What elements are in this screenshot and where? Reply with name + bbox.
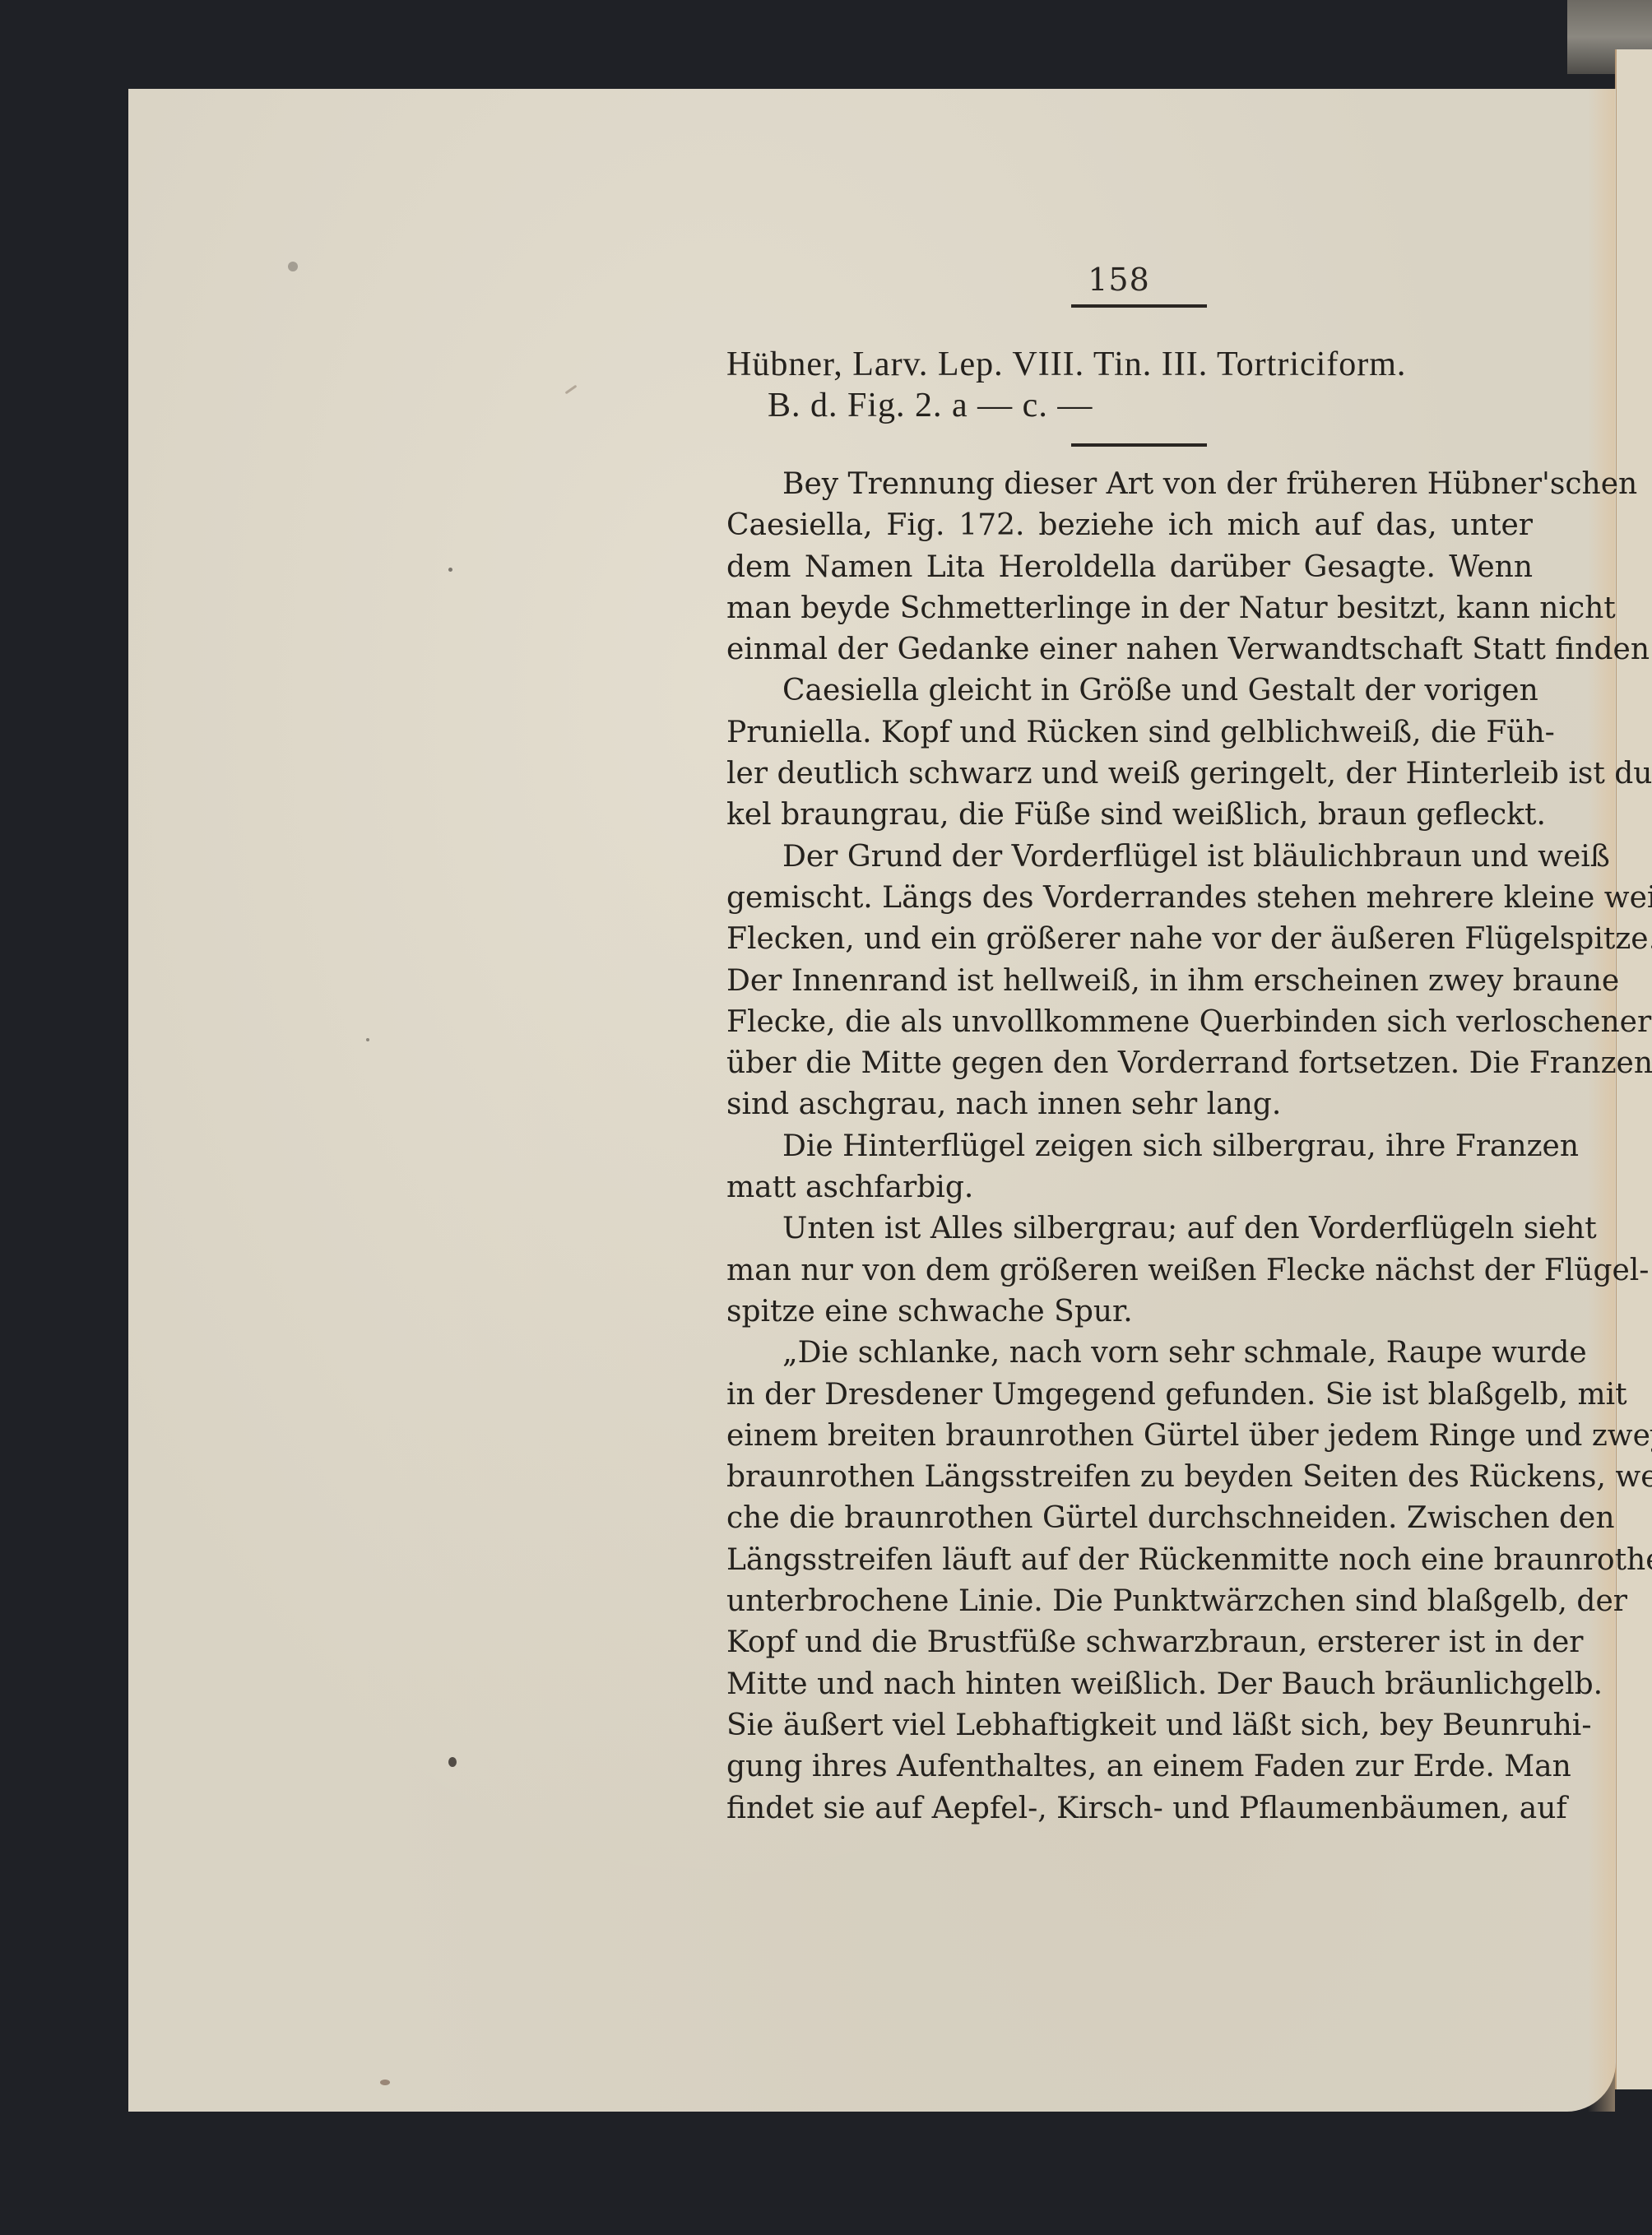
text-line: Pruniella. Kopf und Rücken sind gelblich… — [726, 712, 1533, 754]
paper-speck — [366, 1038, 369, 1041]
text-line: Sie äußert viel Lebhaftigkeit und läßt s… — [726, 1705, 1533, 1746]
text-line: Mitte und nach hinten weißlich. Der Bauc… — [726, 1664, 1533, 1705]
text-line: findet sie auf Aepfel-, Kirsch- und Pfla… — [726, 1788, 1533, 1829]
text-line: sind aschgrau, nach innen sehr lang. — [726, 1084, 1533, 1125]
section-divider-rule — [1071, 443, 1207, 447]
page-number-rule — [1071, 304, 1207, 308]
text-line: che die braunrothen Gürtel durchschneide… — [726, 1498, 1533, 1539]
text-line: Der Grund der Vorderflügel ist bläulichb… — [726, 837, 1533, 878]
text-line: gemischt. Längs des Vorderrandes stehen … — [726, 878, 1533, 919]
text-line: man nur von dem größeren weißen Flecke n… — [726, 1250, 1533, 1291]
text-line: Caesiella, Fig. 172. beziehe ich mich au… — [726, 505, 1533, 546]
text-line: Unten ist Alles silbergrau; auf den Vord… — [726, 1208, 1533, 1250]
text-line: ler deutlich schwarz und weiß geringelt,… — [726, 754, 1533, 795]
text-line: Caesiella gleicht in Größe und Gestalt d… — [726, 670, 1533, 712]
citation-line: B. d. Fig. 2. a — c. — — [726, 385, 1533, 426]
text-line: matt aschfarbig. — [726, 1167, 1533, 1208]
text-line: dem Namen Lita Heroldella darüber Gesagt… — [726, 547, 1533, 588]
paper-speck — [288, 262, 298, 271]
text-line: gung ihres Aufenthaltes, an einem Faden … — [726, 1746, 1533, 1788]
text-line: über die Mitte gegen den Vorderrand fort… — [726, 1043, 1533, 1084]
text-line: kel braungrau, die Füße sind weißlich, b… — [726, 795, 1533, 836]
spine-shadow — [1588, 89, 1615, 2112]
text-line: Die Hinterflügel zeigen sich silbergrau,… — [726, 1126, 1533, 1167]
text-line: einem breiten braunrothen Gürtel über je… — [726, 1416, 1533, 1457]
text-line: Kopf und die Brustfüße schwarzbraun, ers… — [726, 1622, 1533, 1663]
text-line: Bey Trennung dieser Art von der früheren… — [726, 464, 1533, 505]
text-line: „Die schlanke, nach vorn sehr schmale, R… — [726, 1333, 1533, 1374]
page-number: 158 — [1061, 262, 1176, 298]
text-line: einmal der Gedanke einer nahen Verwandts… — [726, 629, 1533, 670]
citation-heading: Hübner, Larv. Lep. VIII. Tin. III. Tortr… — [726, 344, 1533, 426]
text-line: Der Innenrand ist hellweiß, in ihm ersch… — [726, 961, 1533, 1002]
text-line: unterbrochene Linie. Die Punktwärzchen s… — [726, 1581, 1533, 1622]
citation-line: Hübner, Larv. Lep. VIII. Tin. III. Tortr… — [726, 344, 1533, 385]
text-line: braunrothen Längsstreifen zu beyden Seit… — [726, 1457, 1533, 1498]
paper-speck — [448, 1757, 457, 1767]
paper-speck — [380, 2080, 390, 2085]
text-line: Längsstreifen läuft auf der Rückenmitte … — [726, 1540, 1533, 1581]
text-line: Flecke, die als unvollkommene Querbinden… — [726, 1002, 1533, 1043]
text-line: Flecken, und ein größerer nahe vor der ä… — [726, 919, 1533, 960]
paper-speck — [448, 568, 452, 572]
body-text: Bey Trennung dieser Art von der früheren… — [726, 464, 1533, 1829]
text-line: man beyde Schmetterlinge in der Natur be… — [726, 588, 1533, 629]
text-line: spitze eine schwache Spur. — [726, 1291, 1533, 1333]
text-line: in der Dresdener Umgegend gefunden. Sie … — [726, 1375, 1533, 1416]
